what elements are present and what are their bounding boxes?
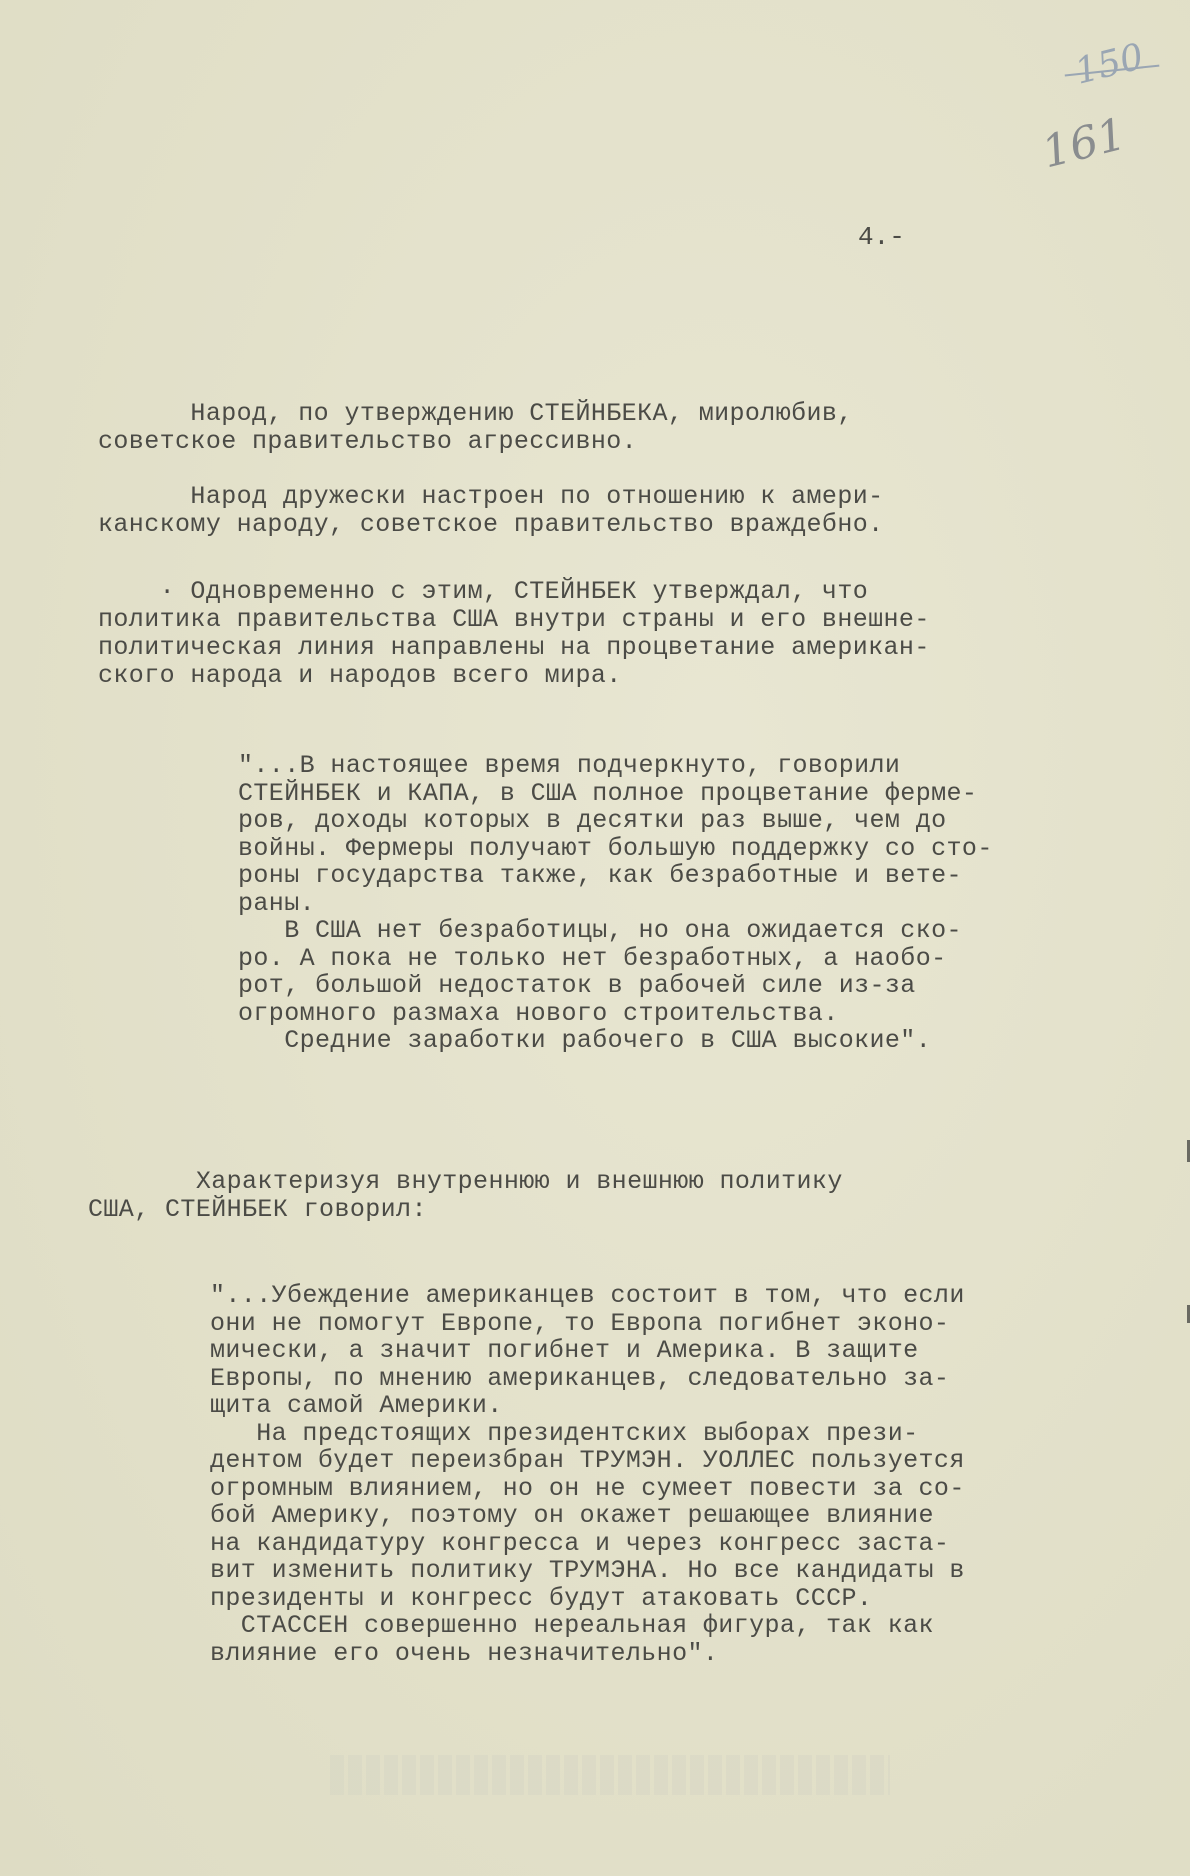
paragraph-people-friendly: Народ дружески настроен по отношению к а… <box>98 483 884 539</box>
bleed-through-text <box>330 1755 890 1795</box>
paragraph-us-policy-claim: · Одновременно с этим, СТЕЙНБЕК утвержда… <box>98 578 930 690</box>
quote-farmers-prosperity: "...В настоящее время подчеркнуто, говор… <box>238 752 993 1055</box>
pencil-annotation-crossed-number: 150 <box>1071 36 1148 92</box>
paragraph-people-peaceful: Народ, по утверждению СТЕЙНБЕКА, миролюб… <box>98 400 853 456</box>
page-number: 4.- <box>858 222 905 252</box>
quote-europe-elections: "...Убеждение американцев состоит в том,… <box>210 1282 965 1667</box>
paragraph-characterizing-policy: Характеризуя внутреннюю и внешнюю полити… <box>88 1168 843 1224</box>
pencil-annotation-folio-number: 161 <box>1037 109 1131 179</box>
